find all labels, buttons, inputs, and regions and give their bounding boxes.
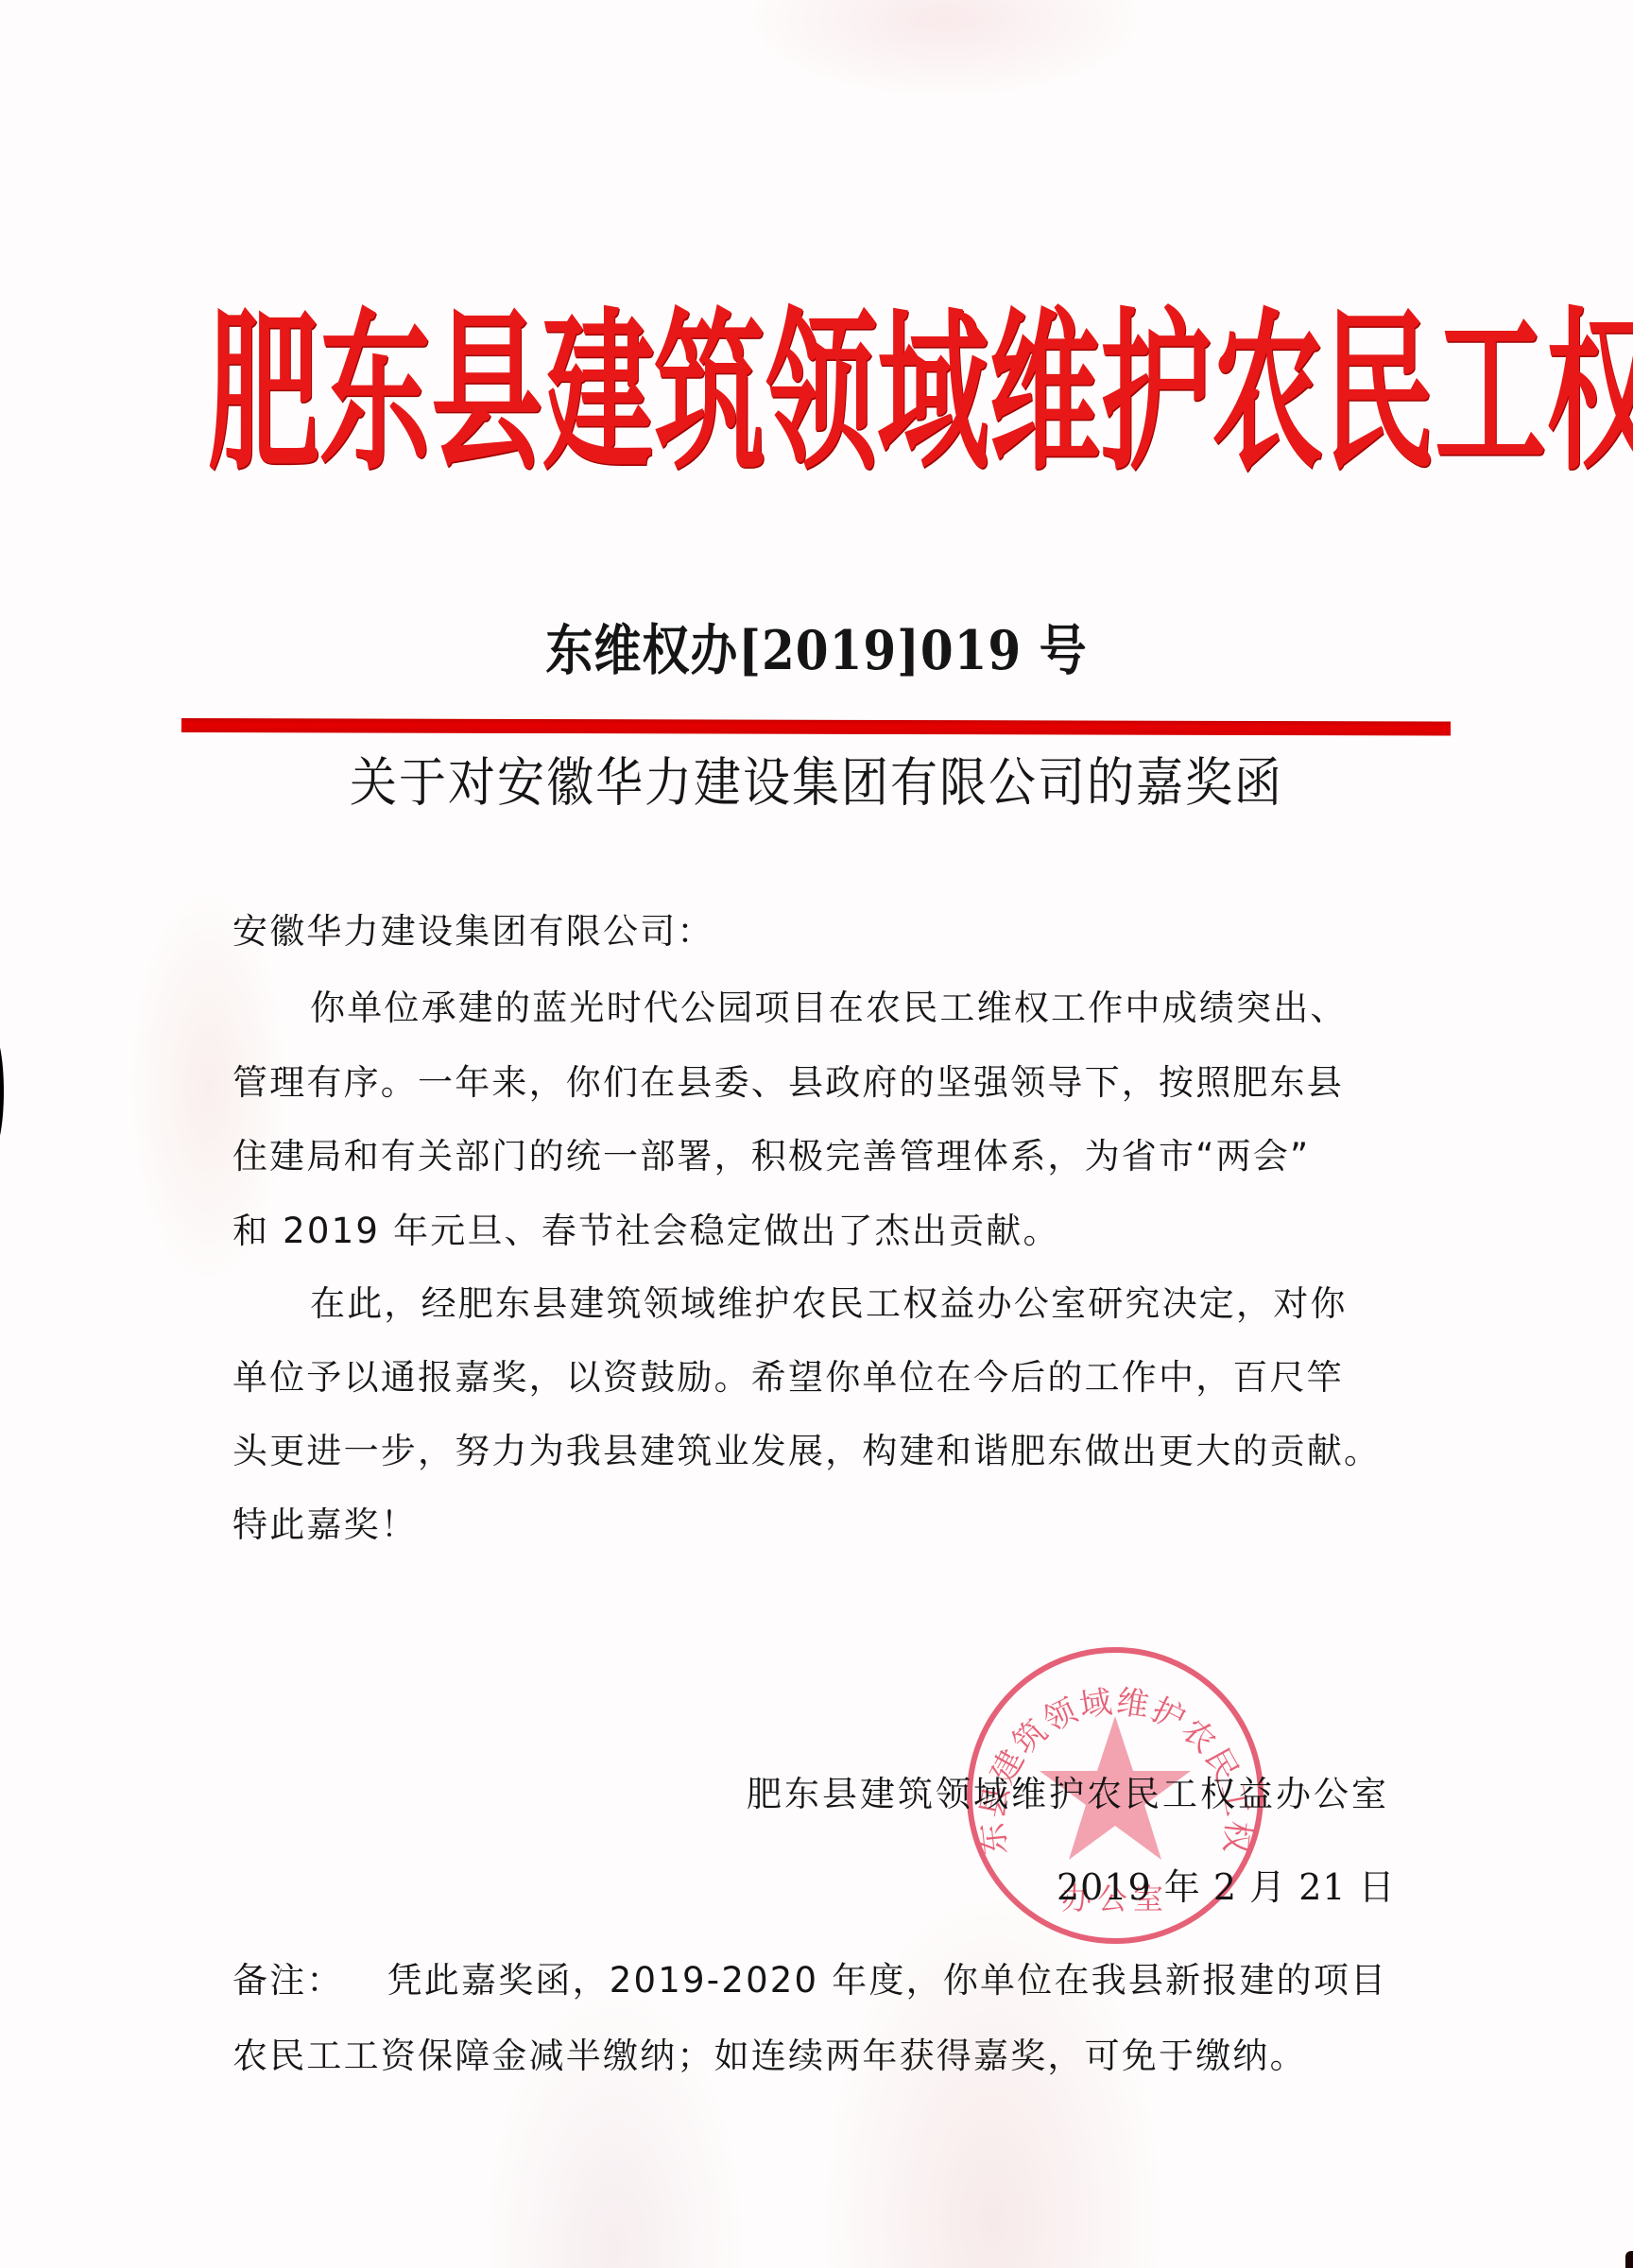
scan-corner-shadow bbox=[1625, 2251, 1633, 2268]
header-char: 农 bbox=[1212, 253, 1323, 503]
body-line-2: 管理有序。一年来，你们在县委、县政府的坚强领导下，按照肥东县 bbox=[232, 1062, 1395, 1104]
body-line-8-closing: 特此嘉奖！ bbox=[232, 1504, 1395, 1546]
header-char: 东 bbox=[319, 253, 431, 503]
note-text-1: 凭此嘉奖函，2019-2020 年度，你单位在我县新报建的项目 bbox=[387, 1960, 1388, 2001]
header-char: 权 bbox=[1546, 253, 1633, 503]
body-line-4: 和 2019 年元旦、春节社会稳定做出了杰出贡献。 bbox=[232, 1211, 1395, 1252]
red-header-org-title: 肥东县建筑领域维护农民工权益办公室 bbox=[208, 232, 1418, 524]
header-char: 筑 bbox=[654, 253, 765, 503]
body-line-6: 单位予以通报嘉奖，以资鼓励。希望你单位在今后的工作中，百尺竿 bbox=[232, 1357, 1395, 1399]
signature-date: 2019 年 2 月 21 日 bbox=[1057, 1858, 1396, 1910]
body-line-7: 头更进一步，努力为我县建筑业发展，构建和谐肥东做出更大的贡献。 bbox=[232, 1431, 1395, 1472]
header-char: 领 bbox=[765, 253, 877, 503]
header-char: 维 bbox=[988, 253, 1100, 503]
document-number: 东维权办[2019]019 号 bbox=[0, 608, 1633, 686]
note-line-2: 农民工工资保障金减半缴纳；如连续两年获得嘉奖，可免于缴纳。 bbox=[232, 2036, 1307, 2077]
header-char: 域 bbox=[877, 253, 988, 503]
addressee: 安徽华力建设集团有限公司： bbox=[232, 911, 1395, 953]
header-char: 工 bbox=[1435, 253, 1546, 503]
note-label: 备注： bbox=[232, 1960, 344, 2001]
signature-org: 肥东县建筑领域维护农民工权益办公室 bbox=[747, 1765, 1389, 1816]
body-line-1: 你单位承建的蓝光时代公园项目在农民工维权工作中成绩突出、 bbox=[232, 988, 1472, 1029]
header-char: 肥 bbox=[208, 253, 319, 503]
header-char: 建 bbox=[542, 253, 654, 503]
body-line-5: 在此，经肥东县建筑领域维护农民工权益办公室研究决定，对你 bbox=[232, 1283, 1472, 1325]
header-char: 县 bbox=[431, 253, 542, 503]
red-divider-rule bbox=[181, 718, 1451, 736]
header-char: 护 bbox=[1100, 253, 1212, 503]
body-line-3: 住建局和有关部门的统一部署，积极完善管理体系，为省市“两会” bbox=[232, 1136, 1395, 1177]
header-char: 民 bbox=[1323, 253, 1435, 503]
document-subject: 关于对安徽华力建设集团有限公司的嘉奖函 bbox=[0, 741, 1633, 817]
scan-edge-shadow bbox=[0, 1030, 4, 1153]
note-line-1: 备注：凭此嘉奖函，2019-2020 年度，你单位在我县新报建的项目 bbox=[232, 1960, 1387, 2002]
